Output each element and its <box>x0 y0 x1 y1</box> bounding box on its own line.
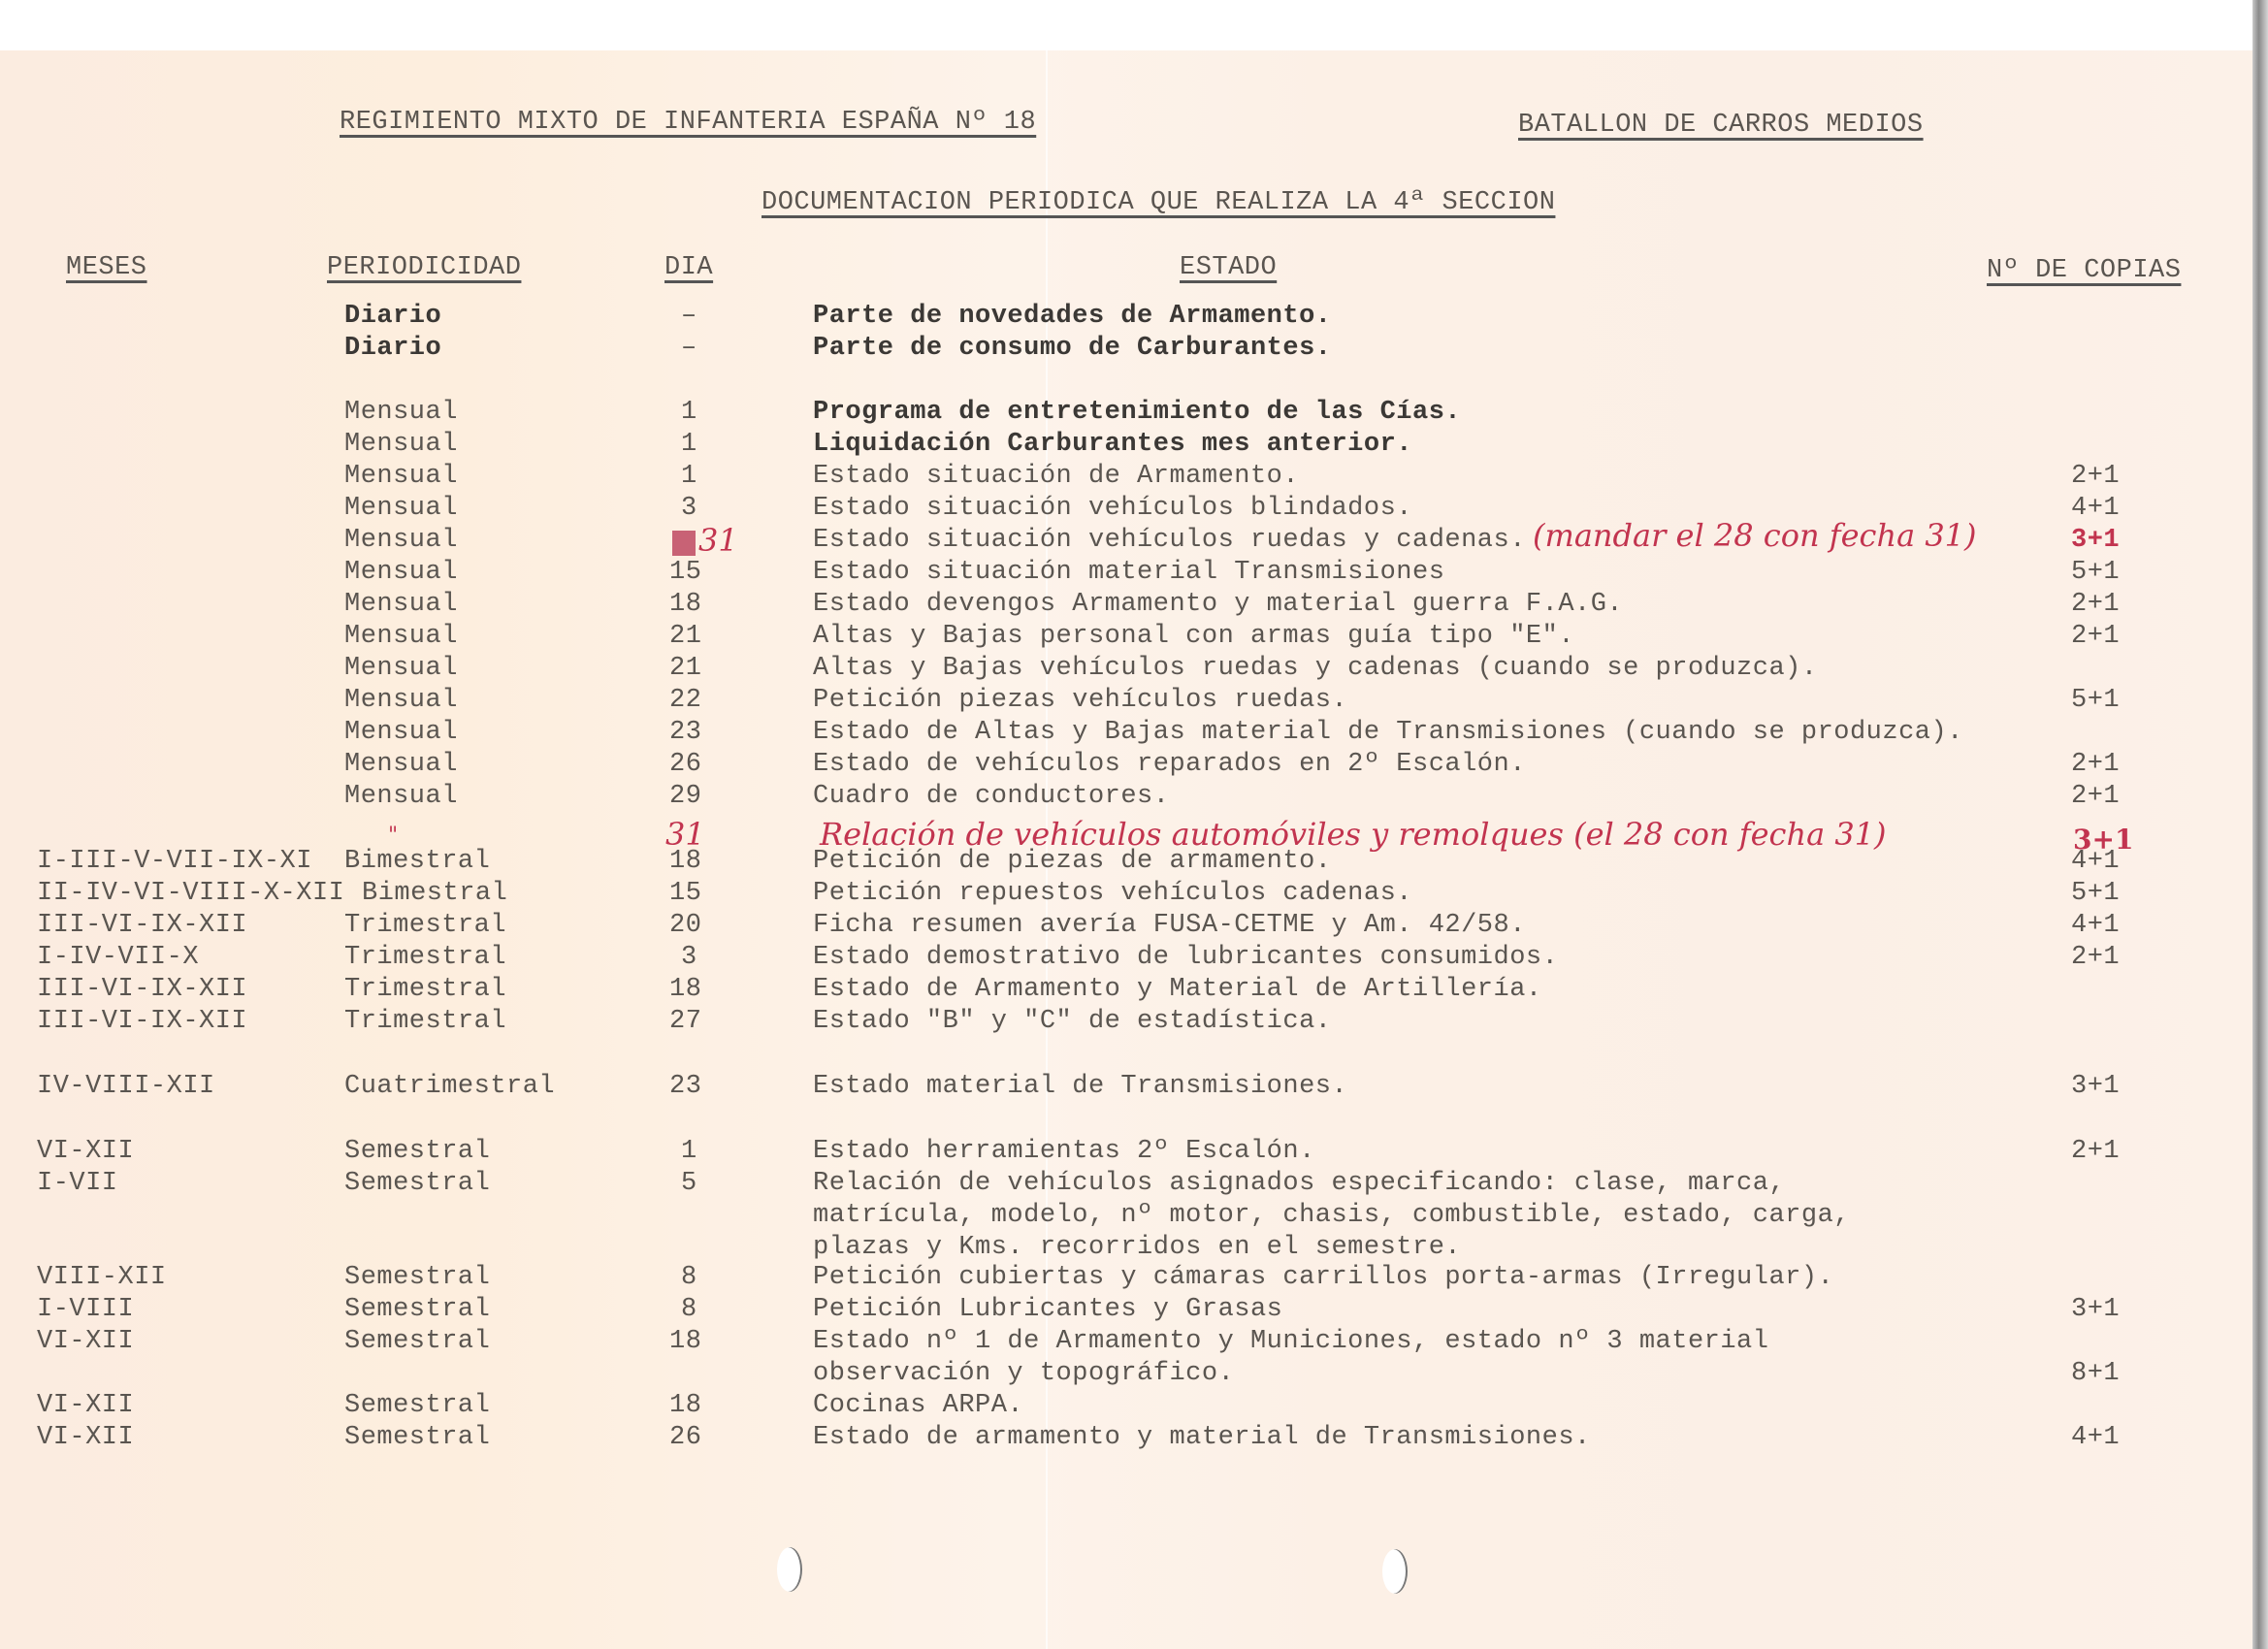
cell-copias: 2+1 <box>2071 621 2120 652</box>
cell-dia: 15 <box>669 878 701 909</box>
punch-hole-left <box>777 1547 802 1592</box>
cell-meses: VI-XII <box>37 1390 134 1421</box>
cell-estado: Petición piezas vehículos ruedas. <box>813 685 1347 716</box>
cell-meses: I-VIII <box>37 1294 134 1325</box>
cell-periodicidad: Mensual <box>344 461 458 492</box>
cell-estado: Estado devengos Armamento y material gue… <box>813 589 1623 620</box>
cell-estado: Parte de novedades de Armamento. <box>813 301 1331 332</box>
cell-meses: I-IV-VII-X <box>37 942 199 973</box>
cell-estado: Estado situación material Transmisiones <box>813 557 1444 588</box>
cell-copias: 3+1 <box>2071 1071 2120 1102</box>
cell-dia: 26 <box>669 1422 701 1453</box>
cell-periodicidad: Mensual <box>344 397 458 428</box>
cell-meses: VI-XII <box>37 1136 134 1167</box>
cell-dia: 23 <box>669 717 701 748</box>
cell-estado: observación y topográfico. <box>813 1358 1234 1389</box>
cell-copias: 3+1 <box>2071 525 2120 556</box>
cell-estado: Estado de Altas y Bajas material de Tran… <box>813 717 1963 748</box>
cell-estado: Parte de consumo de Carburantes. <box>813 333 1331 364</box>
cell-dia: 1 <box>681 461 697 492</box>
cell-periodicidad: Mensual <box>344 429 458 460</box>
cell-meses: VI-XII <box>37 1326 134 1357</box>
cell-estado: Altas y Bajas vehículos ruedas y cadenas… <box>813 653 1818 684</box>
cell-periodicidad: Mensual <box>344 749 458 780</box>
cell-estado: Programa de entretenimiento de las Cías. <box>813 397 1461 428</box>
handwritten-day-31: 31 <box>698 524 738 557</box>
cell-dia: 23 <box>669 1071 701 1102</box>
cell-periodicidad: Trimestral <box>344 910 506 941</box>
handwritten-extra-day: 31 <box>665 818 705 851</box>
cell-copias: 3+1 <box>2071 1294 2120 1325</box>
cell-estado: Estado "B" y "C" de estadística. <box>813 1006 1331 1037</box>
cell-dia: 18 <box>669 1326 701 1357</box>
cell-periodicidad: Bimestral <box>344 846 490 877</box>
cell-periodicidad: Semestral <box>344 1262 490 1293</box>
cell-periodicidad: Mensual <box>344 621 458 652</box>
column-header-periodicidad: PERIODICIDAD <box>327 252 521 283</box>
cell-dia: 3 <box>681 493 697 524</box>
cell-copias: 2+1 <box>2071 461 2120 492</box>
handwritten-note-mandar: (mandar el 28 con fecha 31) <box>1533 519 1977 552</box>
cell-dia: 1 <box>681 1136 697 1167</box>
cell-periodicidad: Diario <box>344 301 441 332</box>
cell-estado: Estado de vehículos reparados en 2º Esca… <box>813 749 1526 780</box>
cell-estado: Cocinas ARPA. <box>813 1390 1023 1421</box>
cell-dia: 8 <box>681 1294 697 1325</box>
cell-meses: III-VI-IX-XII <box>37 1006 247 1037</box>
cell-copias: 4+1 <box>2071 1422 2120 1453</box>
handwritten-extra-copias: 3+1 <box>2073 824 2133 857</box>
cell-estado: Estado situación vehículos blindados. <box>813 493 1412 524</box>
cell-periodicidad: Semestral <box>344 1168 490 1199</box>
cell-estado: Estado nº 1 de Armamento y Municiones, e… <box>813 1326 1768 1357</box>
column-header-copias: Nº DE COPIAS <box>1987 255 2181 286</box>
cell-estado: Ficha resumen avería FUSA-CETME y Am. 42… <box>813 910 1526 941</box>
column-header-meses: MESES <box>66 252 147 283</box>
cell-copias: 5+1 <box>2071 878 2120 909</box>
cell-estado: Estado herramientas 2º Escalón. <box>813 1136 1315 1167</box>
cell-dia: 21 <box>669 653 701 684</box>
cell-meses: I-VII <box>37 1168 118 1199</box>
cell-estado: matrícula, modelo, nº motor, chasis, com… <box>813 1200 1850 1231</box>
cell-periodicidad: Mensual <box>344 653 458 684</box>
cell-meses: VIII-XII <box>37 1262 167 1293</box>
cell-meses: III-VI-IX-XII <box>37 974 247 1005</box>
cell-estado: Estado situación vehículos ruedas y cade… <box>813 525 1526 556</box>
header-battalion: BATALLON DE CARROS MEDIOS <box>1518 110 1924 141</box>
punch-hole-right <box>1382 1549 1408 1594</box>
cell-copias: 8+1 <box>2071 1358 2120 1389</box>
cell-copias: 4+1 <box>2071 493 2120 524</box>
cell-meses: I-III-V-VII-IX-XI <box>37 846 312 877</box>
cell-periodicidad: Mensual <box>344 525 458 556</box>
cell-dia: 1 <box>681 397 697 428</box>
cell-copias: 2+1 <box>2071 749 2120 780</box>
cell-dia: 15 <box>669 557 701 588</box>
cell-copias: 5+1 <box>2071 557 2120 588</box>
cell-copias: 4+1 <box>2071 910 2120 941</box>
cell-copias: 2+1 <box>2071 589 2120 620</box>
cell-estado: Relación de vehículos asignados especifi… <box>813 1168 1785 1199</box>
cell-periodicidad: Semestral <box>344 1422 490 1453</box>
cell-dia: 1 <box>681 429 697 460</box>
cell-periodicidad: Semestral <box>344 1326 490 1357</box>
cell-copias: 5+1 <box>2071 685 2120 716</box>
cell-estado: plazas y Kms. recorridos en el semestre. <box>813 1232 1461 1263</box>
cell-dia: – <box>681 301 697 332</box>
cell-dia: 26 <box>669 749 701 780</box>
cell-periodicidad: Bimestral <box>362 878 507 909</box>
cell-periodicidad: Trimestral <box>344 1006 506 1037</box>
cell-estado: Estado demostrativo de lubricantes consu… <box>813 942 1558 973</box>
cell-periodicidad: Mensual <box>344 589 458 620</box>
cell-meses: III-VI-IX-XII <box>37 910 247 941</box>
cell-periodicidad: Trimestral <box>344 974 506 1005</box>
handwritten-extra-row: Relación de vehículos automóviles y remo… <box>820 818 1887 851</box>
cell-estado: Estado de armamento y material de Transm… <box>813 1422 1591 1453</box>
cell-meses: VI-XII <box>37 1422 134 1453</box>
cell-dia: 22 <box>669 685 701 716</box>
cell-estado: Altas y Bajas personal con armas guía ti… <box>813 621 1574 652</box>
cell-dia: 21 <box>669 621 701 652</box>
cell-dia: 18 <box>669 589 701 620</box>
column-header-estado: ESTADO <box>1180 252 1277 283</box>
cell-dia: 27 <box>669 1006 701 1037</box>
cell-periodicidad: Semestral <box>344 1294 490 1325</box>
cell-dia: 5 <box>681 1168 697 1199</box>
cell-dia: 20 <box>669 910 701 941</box>
page-title: DOCUMENTACION PERIODICA QUE REALIZA LA 4… <box>761 187 1555 218</box>
header-regiment: REGIMIENTO MIXTO DE INFANTERIA ESPAÑA Nº… <box>340 107 1036 138</box>
cell-copias: 2+1 <box>2071 781 2120 812</box>
cell-estado: Petición Lubricantes y Grasas <box>813 1294 1282 1325</box>
cell-periodicidad: Mensual <box>344 717 458 748</box>
cell-meses: II-IV-VI-VIII-X-XII <box>37 878 344 909</box>
cell-estado: Estado de Armamento y Material de Artill… <box>813 974 1542 1005</box>
cell-estado: Cuadro de conductores. <box>813 781 1169 812</box>
cell-dia: 18 <box>669 974 701 1005</box>
cell-estado: Petición cubiertas y cámaras carrillos p… <box>813 1262 1833 1293</box>
cell-copias: 2+1 <box>2071 942 2120 973</box>
cell-copias: 2+1 <box>2071 1136 2120 1167</box>
cell-dia: 3 <box>681 942 697 973</box>
cell-periodicidad: Semestral <box>344 1136 490 1167</box>
cell-periodicidad: Mensual <box>344 781 458 812</box>
cell-meses: IV-VIII-XII <box>37 1071 215 1102</box>
cell-periodicidad: Mensual <box>344 685 458 716</box>
handwritten-ditto-mark: " <box>388 820 398 853</box>
cell-dia: 29 <box>669 781 701 812</box>
cell-estado: Estado material de Transmisiones. <box>813 1071 1347 1102</box>
cell-periodicidad: Mensual <box>344 493 458 524</box>
cell-dia: 18 <box>669 1390 701 1421</box>
crossed-out-day-mark <box>672 531 696 556</box>
scanner-edge <box>2252 0 2268 1649</box>
cell-estado: Estado situación de Armamento. <box>813 461 1299 492</box>
cell-dia: – <box>681 333 697 364</box>
cell-periodicidad: Cuatrimestral <box>344 1071 555 1102</box>
cell-dia: 8 <box>681 1262 697 1293</box>
cell-periodicidad: Mensual <box>344 557 458 588</box>
column-header-dia: DIA <box>664 252 713 283</box>
cell-estado: Liquidación Carburantes mes anterior. <box>813 429 1412 460</box>
cell-periodicidad: Trimestral <box>344 942 506 973</box>
cell-estado: Petición repuestos vehículos cadenas. <box>813 878 1412 909</box>
cell-periodicidad: Diario <box>344 333 441 364</box>
cell-periodicidad: Semestral <box>344 1390 490 1421</box>
